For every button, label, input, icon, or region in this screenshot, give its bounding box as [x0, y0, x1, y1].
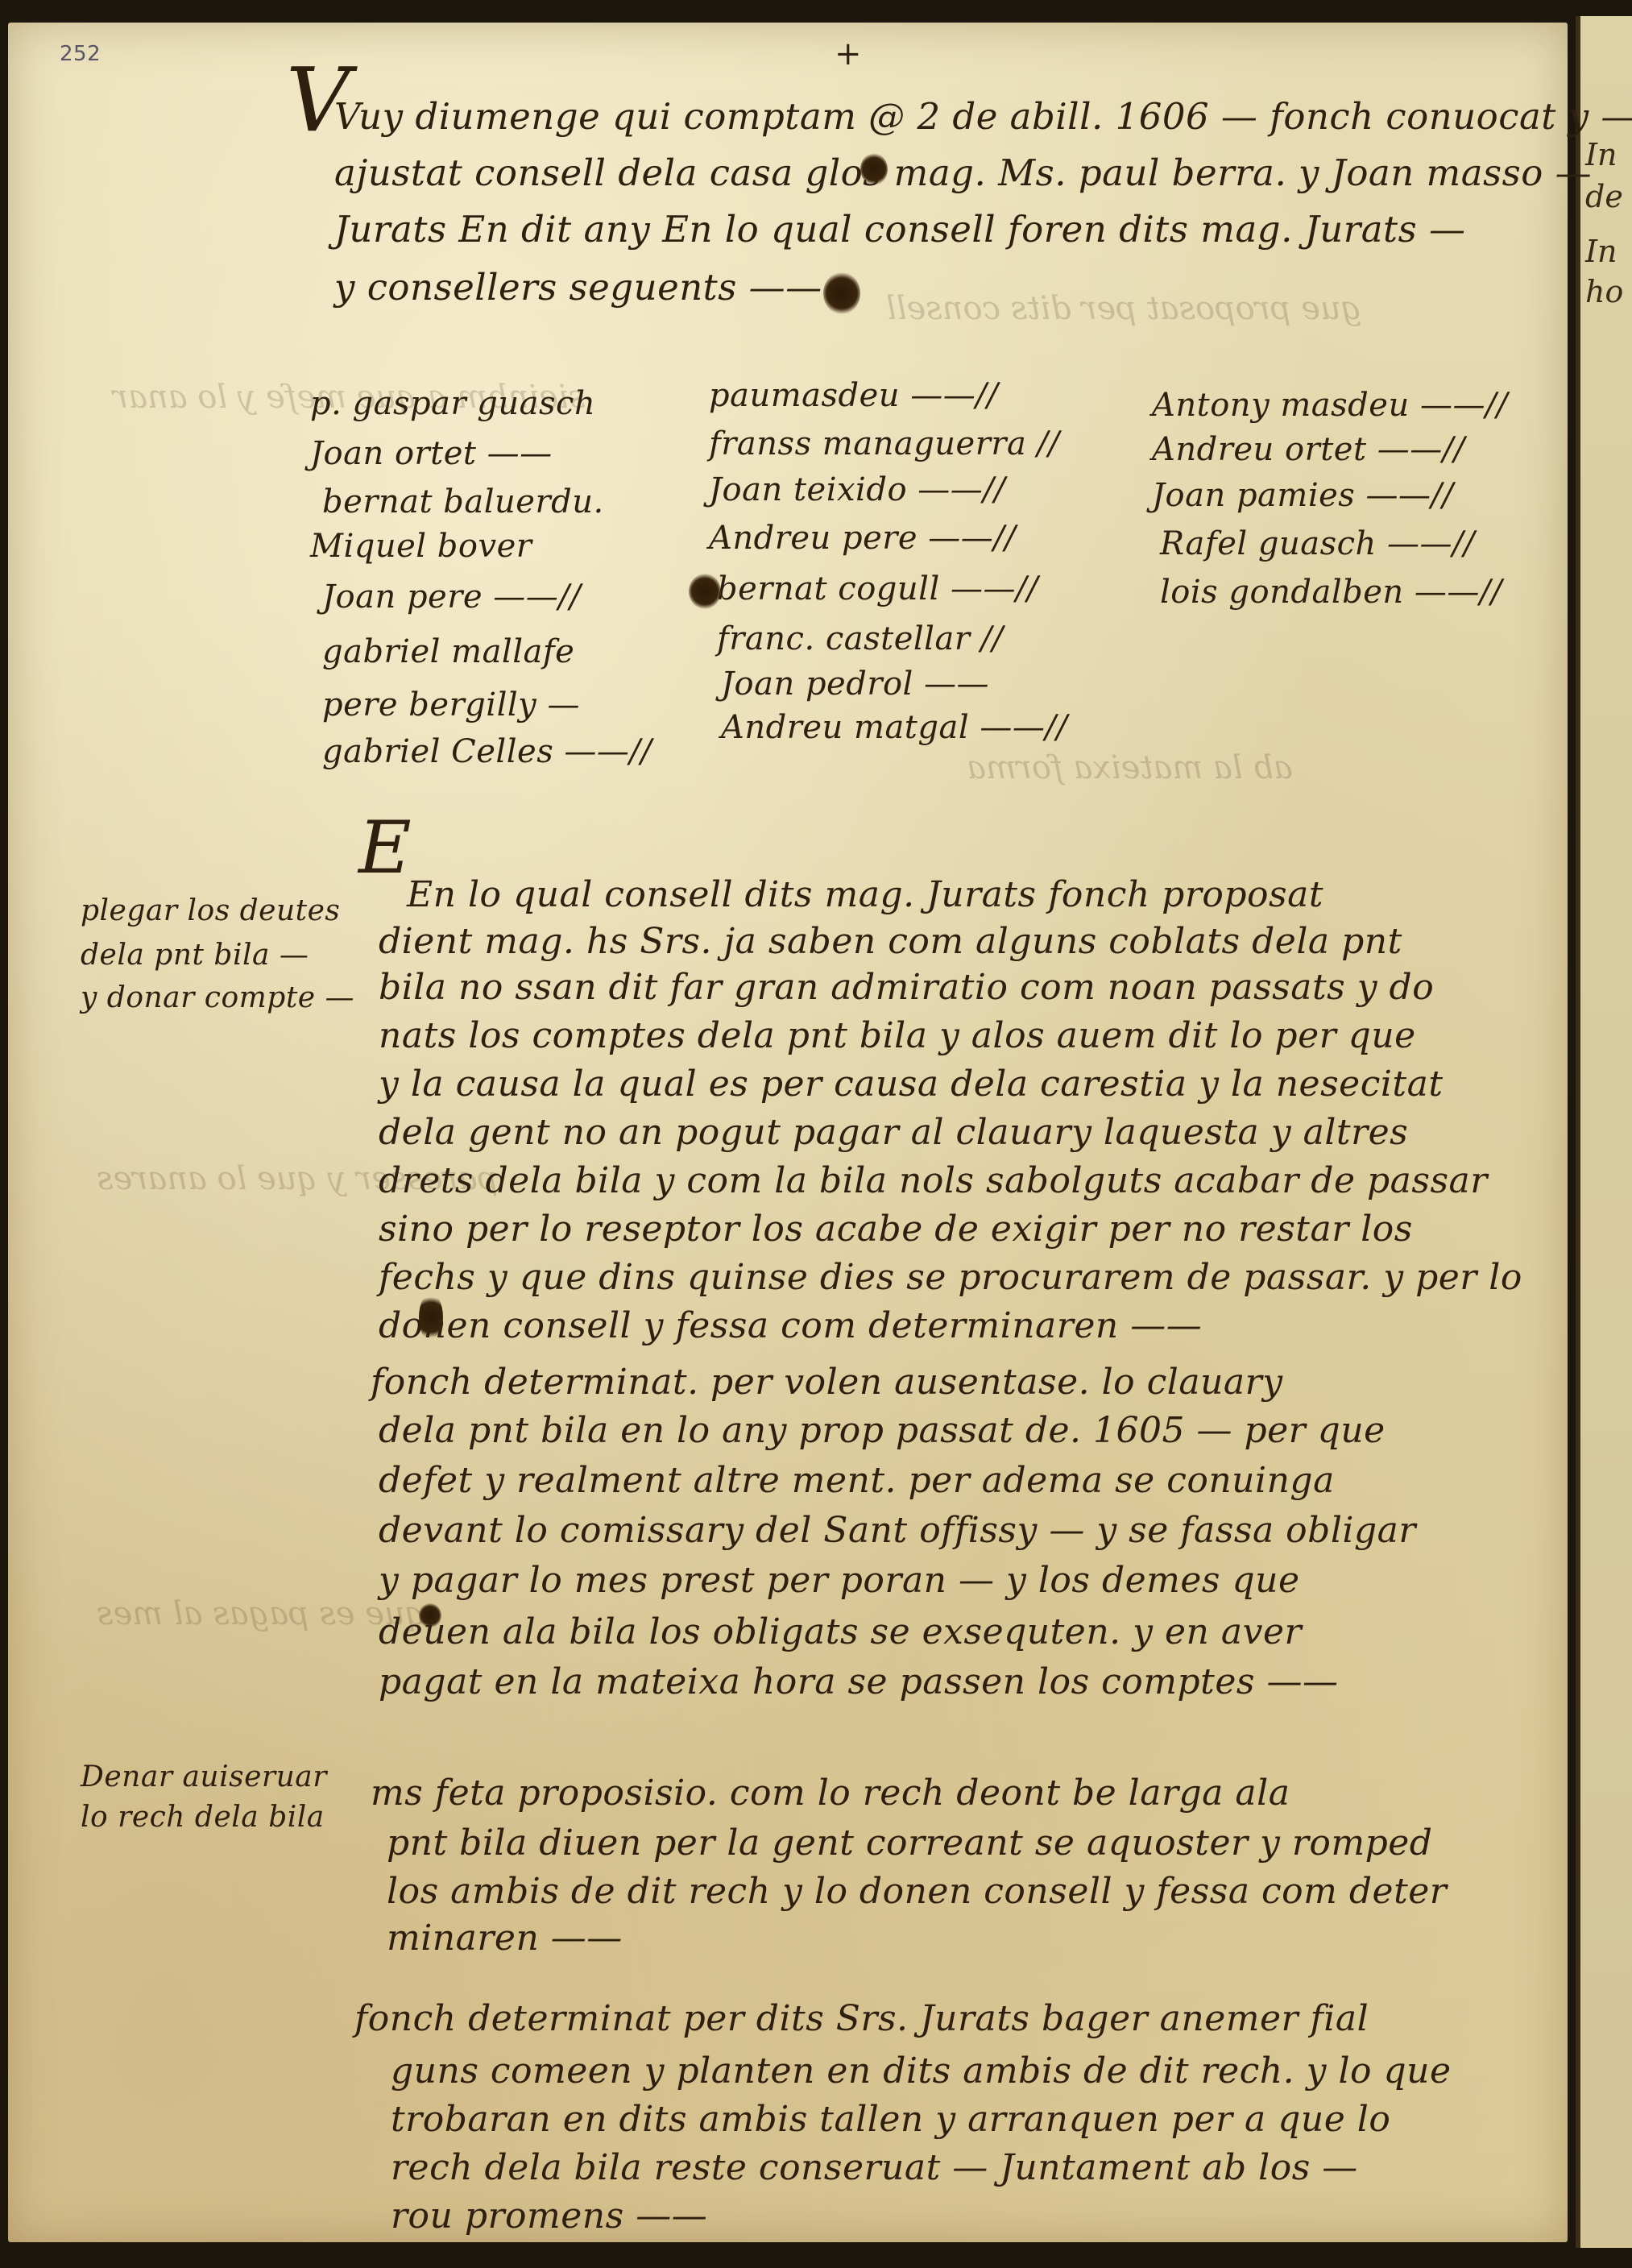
ink-blot [823, 272, 860, 314]
attendee-name: Miquel bover [310, 528, 532, 565]
body-line: minaren —— [387, 1918, 623, 1959]
attendee-name: Joan ortet —— [310, 435, 553, 472]
body-line: drets dela bila y com la bila nols sabol… [379, 1160, 1488, 1201]
attendee-name: Rafel guasch ——// [1160, 525, 1475, 562]
body-line: En lo qual consell dits mag. Jurats fonc… [407, 874, 1323, 915]
attendee-name: paumasdeu ——// [709, 377, 998, 414]
body-line: deuen ala bila los obligats se exsequten… [379, 1611, 1302, 1652]
attendee-name: Joan pamies ——// [1152, 477, 1453, 514]
body-line: trobaran en dits ambis tallen y arranque… [391, 2099, 1390, 2140]
body-line: guns comeen y planten en dits ambis de d… [391, 2050, 1452, 2092]
attendee-name: franss managuerra // [709, 425, 1060, 462]
attendee-name: franc. castellar // [717, 620, 1004, 657]
adjacent-page-fragment: ho [1585, 274, 1623, 309]
body-line: nats los comptes dela pnt bila y alos au… [379, 1015, 1416, 1056]
ink-blot [419, 1603, 441, 1627]
heading-line: Jurats En dit any En lo qual consell for… [334, 208, 1466, 251]
attendee-name: Joan pere ——// [322, 578, 581, 616]
bleedthrough-text: ab la mateixa forma [967, 749, 1293, 786]
heading-line: ajustat consell dela casa glos mag. Ms. … [334, 151, 1592, 194]
adjacent-page-fragment: In [1585, 234, 1617, 269]
body-line: rou promens —— [391, 2195, 707, 2237]
body-line: pnt bila diuen per la gent correant se a… [387, 1822, 1432, 1864]
body-line: y pagar lo mes prest per poran — y los d… [379, 1560, 1300, 1601]
heading-line: y consellers seguents —— [334, 266, 822, 309]
margin-note-line: Denar auiseruar [81, 1760, 327, 1793]
body-line: bila no ssan dit far gran admiratio com … [379, 967, 1434, 1008]
attendee-name: bernat baluerdu. [322, 483, 604, 520]
initial-e-flourish-icon: E [358, 806, 412, 890]
attendee-name: gabriel Celles ——// [322, 733, 652, 770]
attendee-name: Joan pedrol —— [721, 665, 989, 703]
attendee-name: Joan teixido ——// [709, 471, 1005, 508]
attendee-name: Andreu pere ——// [709, 520, 1016, 557]
attendee-name: Andreu matgal ——// [721, 709, 1067, 746]
body-line: rech dela bila reste conseruat — Juntame… [391, 2147, 1358, 2188]
header-cross-mark: + [835, 35, 862, 73]
margin-note-line: dela pnt bila — [81, 939, 309, 972]
body-line: donen consell y fessa com determinaren —… [379, 1305, 1202, 1346]
body-line: fonch determinat. per volen ausentase. l… [371, 1362, 1283, 1403]
body-line: defet y realment altre ment. per adema s… [379, 1460, 1335, 1501]
attendee-name: bernat cogull ——// [717, 570, 1038, 607]
margin-note-line: y donar compte — [81, 981, 354, 1014]
adjacent-page-edge [1576, 16, 1632, 2248]
body-line: y la causa la qual es per causa dela car… [379, 1064, 1444, 1105]
margin-note-line: plegar los deutes [81, 894, 340, 927]
bleedthrough-text: que es pagas al mes [97, 1595, 425, 1632]
margin-note-line: lo rech dela bila [81, 1801, 325, 1834]
body-line: sino per lo reseptor los acabe de exigir… [379, 1209, 1413, 1250]
attendee-name: Antony masdeu ——// [1152, 387, 1508, 424]
body-line: dient mag. hs Srs. ja saben com alguns c… [379, 921, 1402, 962]
attendee-name: lois gondalben ——// [1160, 574, 1502, 611]
attendee-name: Andreu ortet ——// [1152, 431, 1465, 468]
ink-blot [419, 1293, 443, 1341]
body-line: fonch determinat per dits Srs. Jurats ba… [354, 1998, 1369, 2039]
heading-line: Vuy diumenge qui comptam @ 2 de abill. 1… [334, 95, 1632, 138]
body-line: los ambis de dit rech y lo donen consell… [387, 1871, 1447, 1912]
body-line: dela pnt bila en lo any prop passat de. … [379, 1410, 1386, 1451]
ink-blot [689, 574, 721, 609]
body-line: devant lo comissary del Sant offissy — y… [379, 1510, 1416, 1551]
bleedthrough-text: gue proposat per dits consell [886, 290, 1361, 327]
body-line: ms feta proposisio. com lo rech deont be… [371, 1773, 1290, 1814]
attendee-name: gabriel mallafe [322, 633, 574, 670]
body-line: pagat en la mateixa hora se passen los c… [379, 1661, 1338, 1702]
attendee-name: pere bergilly — [322, 686, 580, 724]
attendee-name: p. gaspar guasch [310, 385, 595, 422]
body-line: dela gent no an pogut pagar al clauary l… [379, 1112, 1408, 1153]
ink-blot [860, 153, 888, 185]
page-number: 252 [60, 42, 101, 66]
body-line: fechs y que dins quinse dies se procurar… [379, 1257, 1522, 1298]
